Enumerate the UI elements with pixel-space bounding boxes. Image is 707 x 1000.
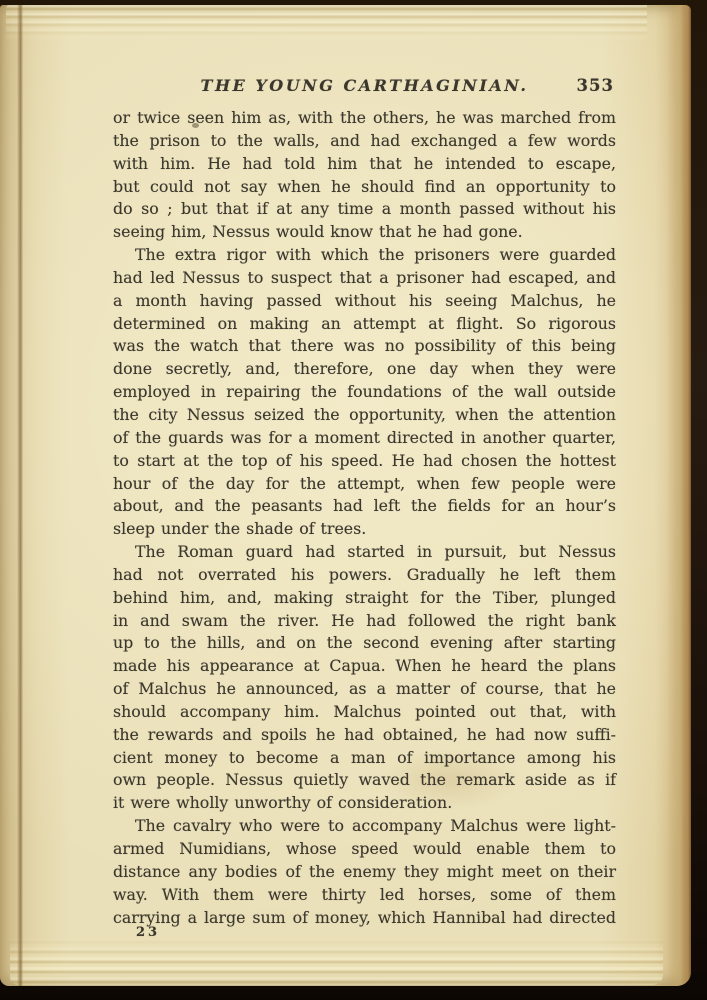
text-line: should accompany him. Malchus pointed ou… [113, 701, 616, 724]
page-edge-bottom [10, 937, 663, 985]
page-right-edge [667, 5, 691, 986]
text-line: hour of the day for the attempt, when fe… [113, 473, 616, 496]
text-line: the city Nessus seized the opportunity, … [113, 404, 616, 427]
text-line: The extra rigor with which the prisoners… [113, 244, 616, 267]
text-line: distance any bodies of the enemy they mi… [113, 861, 616, 884]
text-line: it were wholly unworthy of consideration… [113, 792, 616, 815]
text-line: up to the hills, and on the second eveni… [113, 632, 616, 655]
text-line: sleep under the shade of trees. [113, 518, 616, 541]
text-line: the rewards and spoils he had obtained, … [113, 724, 616, 747]
text-line: to start at the top of his speed. He had… [113, 450, 616, 473]
text-line: do so ; but that if at any time a month … [113, 198, 616, 221]
text-line: behind him, and, making straight for the… [113, 587, 616, 610]
book-page: THE YOUNG CARTHAGINIAN. 353 or twice see… [0, 5, 691, 986]
page-text: or twice seen him as, with the others, h… [113, 107, 616, 929]
text-line: determined on making an attempt at fligh… [113, 313, 616, 336]
text-line: own people. Nessus quietly waved the rem… [113, 769, 616, 792]
text-line: cient money to become a man of importanc… [113, 747, 616, 770]
text-line: had led Nessus to suspect that a prisone… [113, 267, 616, 290]
text-line: done secretly, and, therefore, one day w… [113, 358, 616, 381]
text-line: way. With them were thirty led horses, s… [113, 884, 616, 907]
text-line: with him. He had told him that he intend… [113, 153, 616, 176]
signature-mark: 23 [136, 925, 160, 940]
book-photo-backdrop: THE YOUNG CARTHAGINIAN. 353 or twice see… [0, 0, 707, 1000]
page-edge-top [6, 5, 647, 41]
text-line: had not overrated his powers. Gradually … [113, 564, 616, 587]
page-header: THE YOUNG CARTHAGINIAN. 353 [113, 76, 616, 98]
text-line: a month having passed without his seeing… [113, 290, 616, 313]
text-line: The Roman guard had started in pursuit, … [113, 541, 616, 564]
text-line: about, and the peasants had left the fie… [113, 495, 616, 518]
page-gutter-crease [17, 5, 23, 986]
text-line: carrying a large sum of money, which Han… [113, 907, 616, 930]
running-title: THE YOUNG CARTHAGINIAN. [113, 76, 616, 95]
page-number: 353 [577, 76, 614, 95]
text-line: but could not say when he should find an… [113, 176, 616, 199]
text-line: or twice seen him as, with the others, h… [113, 107, 616, 130]
text-line: of the guards was for a moment directed … [113, 427, 616, 450]
text-line: The cavalry who were to accompany Malchu… [113, 815, 616, 838]
text-line: armed Numidians, whose speed would enabl… [113, 838, 616, 861]
text-line: made his appearance at Capua. When he he… [113, 655, 616, 678]
text-line: of Malchus he announced, as a matter of … [113, 678, 616, 701]
text-line: seeing him, Nessus would know that he ha… [113, 221, 616, 244]
text-line: in and swam the river. He had followed t… [113, 610, 616, 633]
text-line: was the watch that there was no possibil… [113, 335, 616, 358]
text-line: the prison to the walls, and had exchang… [113, 130, 616, 153]
text-line: employed in repairing the foundations of… [113, 381, 616, 404]
